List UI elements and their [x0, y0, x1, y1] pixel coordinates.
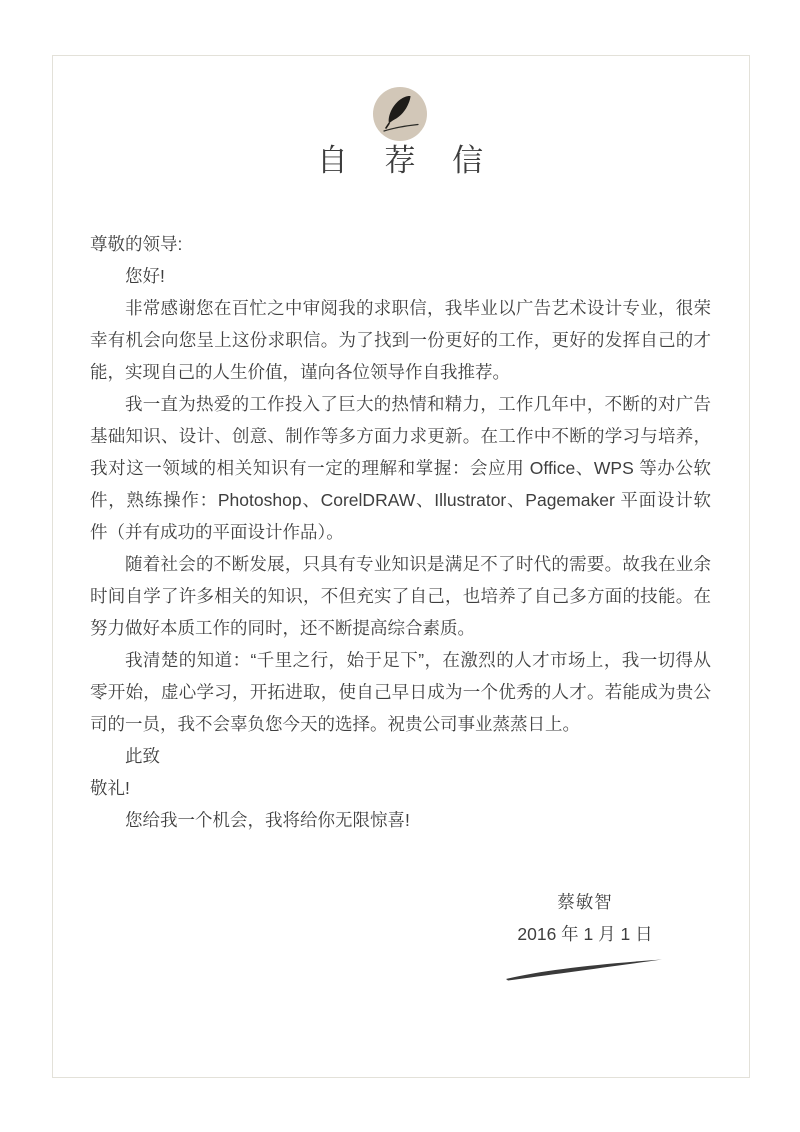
signature-date: 2016 年 1 月 1 日 [510, 918, 660, 950]
closing-regards: 敬礼! [90, 772, 711, 804]
closing-salute: 此致 [90, 740, 711, 772]
letter-paragraph-1: 非常感谢您在百忙之中审阅我的求职信，我毕业以广告艺术设计专业，很荣幸有机会向您呈… [90, 292, 711, 388]
signature-flourish [502, 956, 668, 982]
letter-body: 尊敬的领导: 您好! 非常感谢您在百忙之中审阅我的求职信，我毕业以广告艺术设计专… [90, 228, 711, 836]
greeting: 您好! [90, 260, 711, 292]
postscript: 您给我一个机会，我将给你无限惊喜! [90, 804, 711, 836]
quill-pen-icon [373, 87, 427, 141]
signature-block: 蔡敏智 2016 年 1 月 1 日 [510, 886, 660, 982]
letter-page: 自 荐 信 尊敬的领导: 您好! 非常感谢您在百忙之中审阅我的求职信，我毕业以广… [0, 0, 800, 1132]
salutation: 尊敬的领导: [90, 228, 711, 260]
letter-title: 自 荐 信 [0, 135, 800, 180]
letter-paragraph-4: 我清楚的知道：“千里之行，始于足下”，在激烈的人才市场上，我一切得从零开始，虚心… [90, 644, 711, 740]
letter-paragraph-3: 随着社会的不断发展，只具有专业知识是满足不了时代的需要。故我在业余时间自学了许多… [90, 548, 711, 644]
quill-pen-glyph [373, 87, 427, 141]
signature-name: 蔡敏智 [510, 886, 660, 918]
letter-paragraph-2: 我一直为热爱的工作投入了巨大的热情和精力，工作几年中，不断的对广告基础知识、设计… [90, 388, 711, 548]
